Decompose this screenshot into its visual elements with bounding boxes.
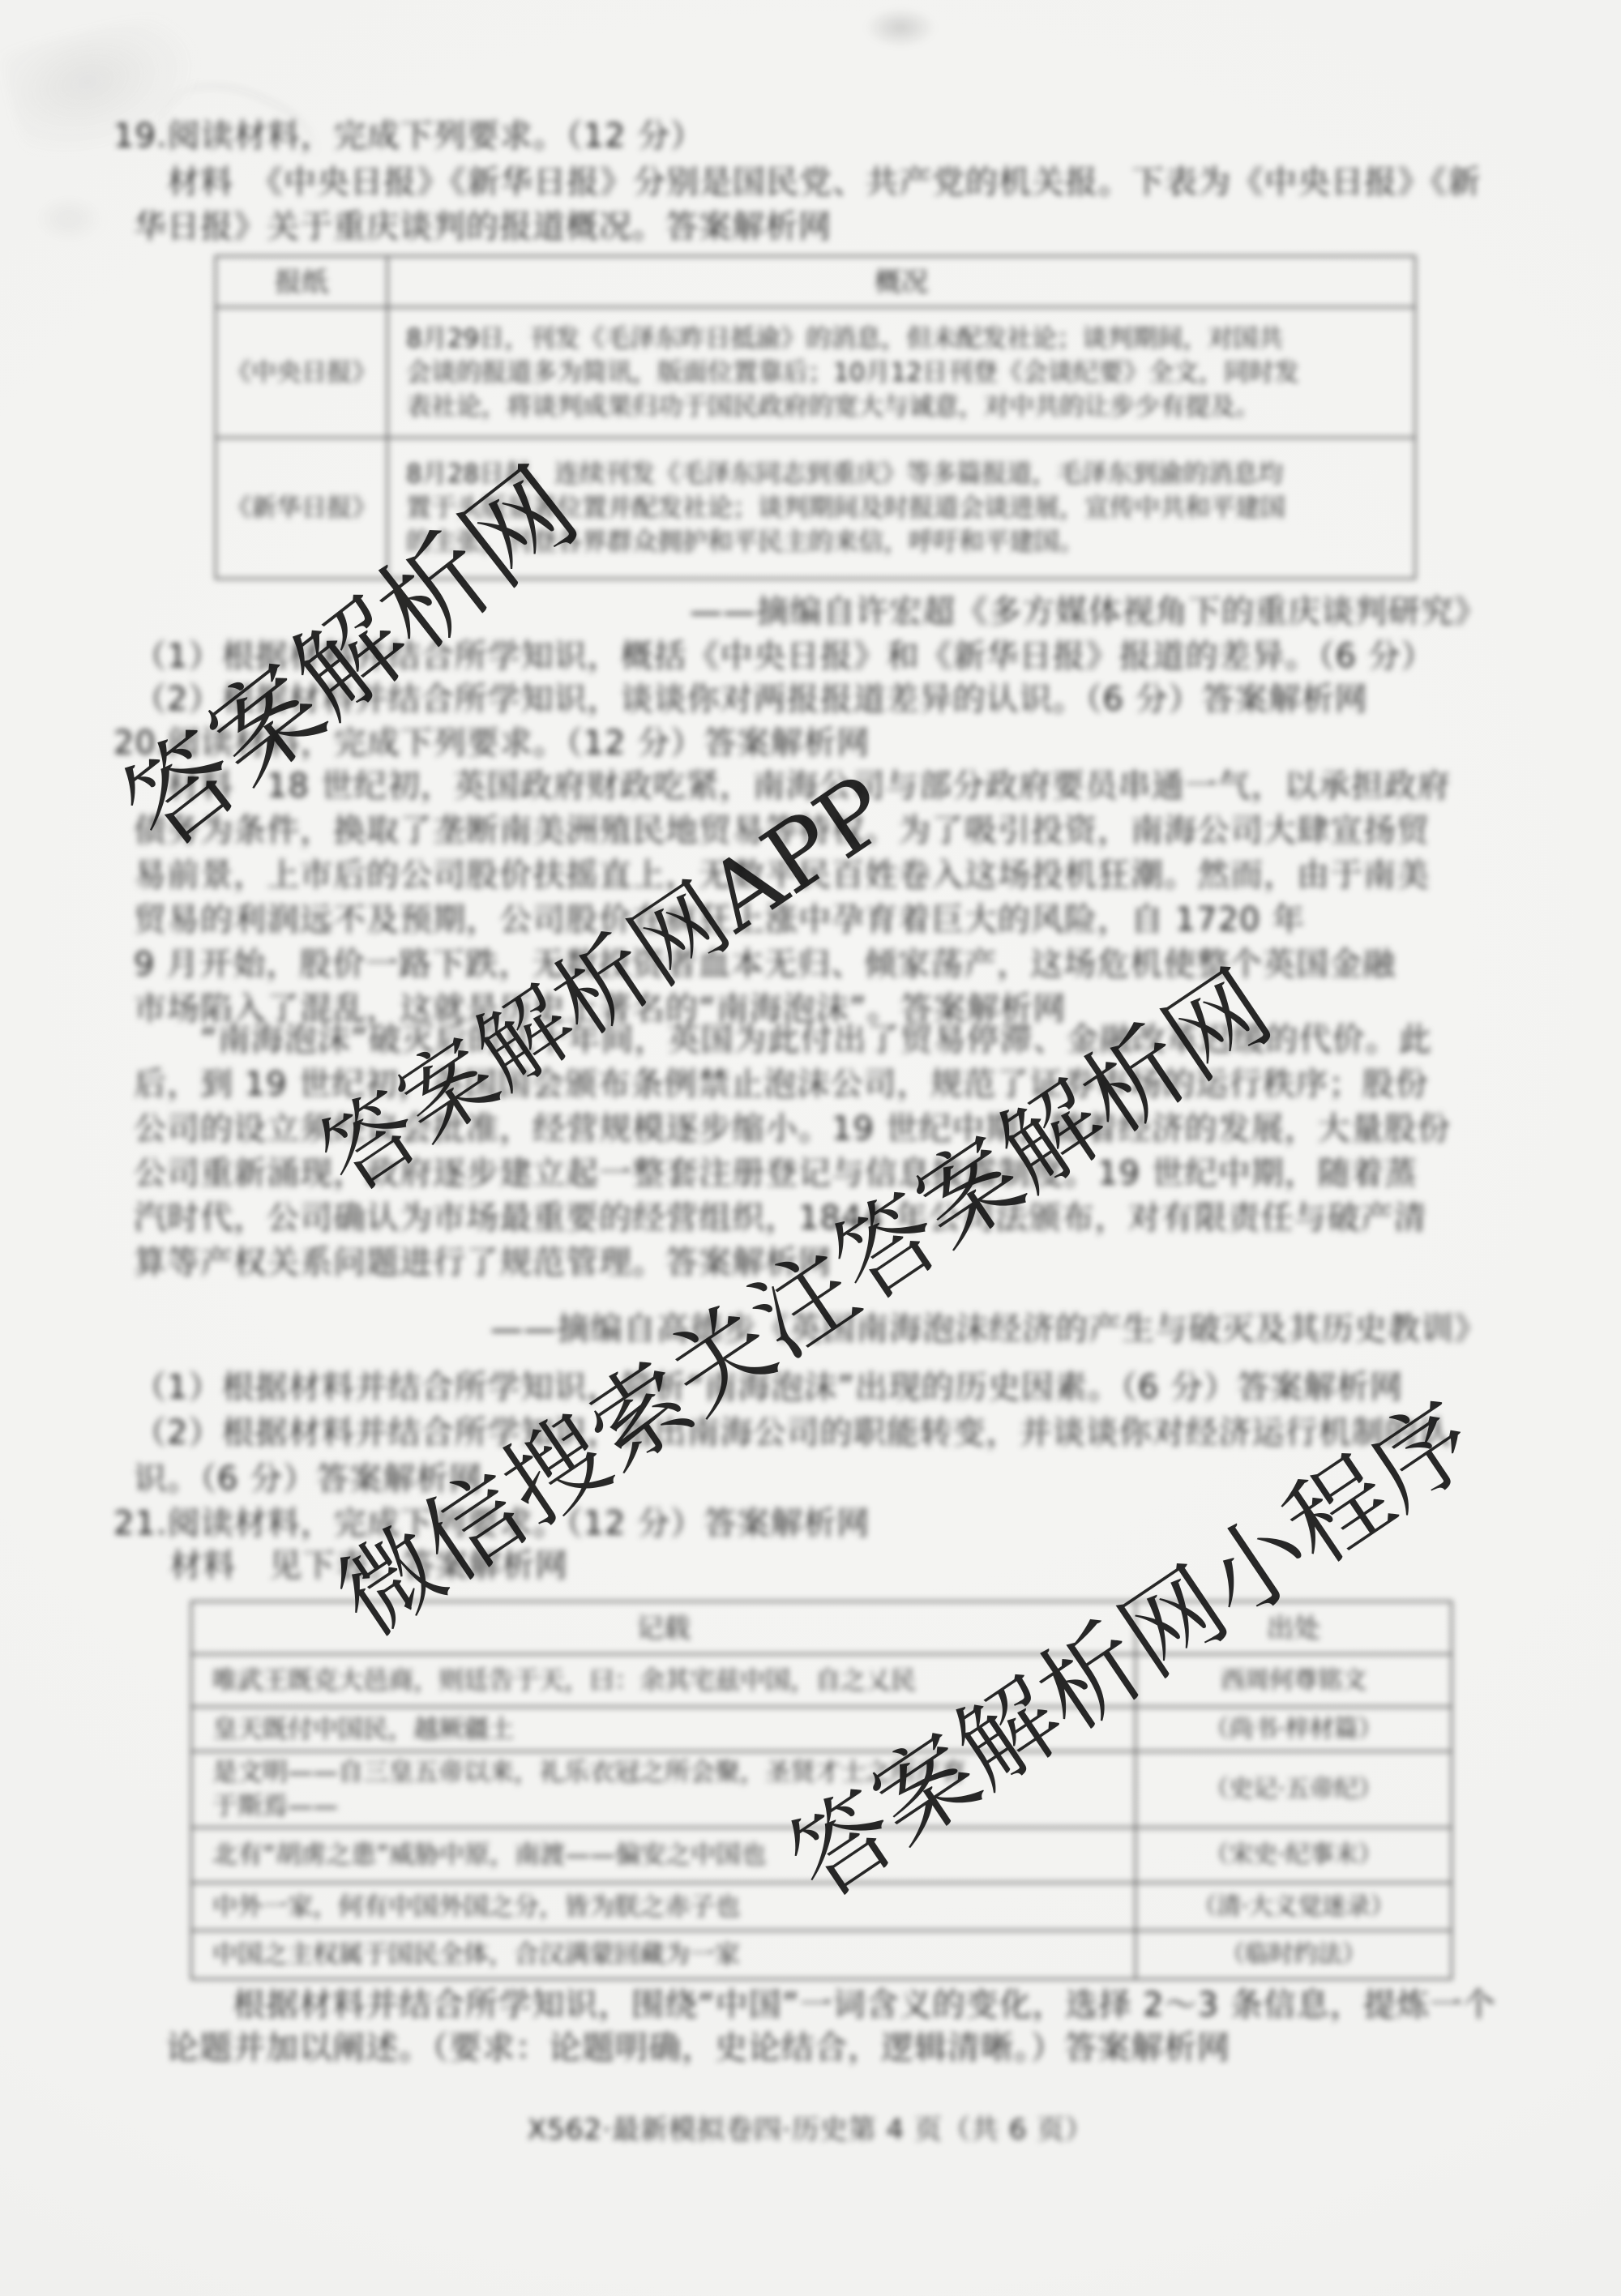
question-20-sub2-line1: （2）根据材料并结合所学知识，指出南海公司的职能转变，并谈谈你对经济运行机制的认 <box>134 1411 1451 1456</box>
table2-row6-info: 中国之主权属于国民全体，合汉满蒙回藏为一家 <box>191 1930 1136 1979</box>
table-row: 唯武王既克大邑商，则廷告于天，曰：余其宅兹中国，自之乂民 西周何尊铭文 <box>191 1654 1452 1707</box>
table2-row4-info: 北有“胡虏之患”威胁中原，南渡——偏安之中国也 <box>191 1828 1136 1883</box>
document-content-layer: 19.阅读材料，完成下列要求。（12 分） 材料 《中央日报》《新华日报》分别是… <box>0 0 1621 2296</box>
table2-row6-source: （临时约法） <box>1136 1930 1452 1979</box>
table2-row5-source: （清·大义觉迷录） <box>1136 1883 1452 1930</box>
table-row: 《中央日报》 8月29日，刊发《毛泽东昨日抵渝》的消息，但未配发社论；谈判期间，… <box>216 307 1415 438</box>
table1-row1-summary: 8月29日，刊发《毛泽东昨日抵渝》的消息，但未配发社论；谈判期间，对国共 会谈的… <box>387 307 1415 438</box>
table1-row1-paper: 《中央日报》 <box>216 307 387 438</box>
page-footer: X562·最新模拟卷四·历史第 4 页（共 6 页） <box>24 2107 1597 2147</box>
question-19-title: 19.阅读材料，完成下列要求。（12 分） <box>113 114 704 159</box>
newspaper-comparison-table: 报纸 概况 《中央日报》 8月29日，刊发《毛泽东昨日抵渝》的消息，但未配发社论… <box>215 255 1416 579</box>
question-19-material: 材料 《中央日报》《新华日报》分别是国民党、共产党的机关报。下表为《中央日报》《… <box>134 160 1481 250</box>
table-row: 中国之主权属于国民全体，合汉满蒙回藏为一家 （临时约法） <box>191 1930 1452 1979</box>
table1-header-summary: 概况 <box>387 256 1415 307</box>
table2-row5-info: 中外一家，何有中国外国之分，皆为朕之赤子也 <box>191 1883 1136 1930</box>
table2-header-info: 记载 <box>191 1601 1136 1654</box>
table2-row2-source: （尚书·梓材篇） <box>1136 1707 1452 1751</box>
table1-header-paper: 报纸 <box>216 256 387 307</box>
table-row: 皇天既付中国民，越厥疆土 （尚书·梓材篇） <box>191 1707 1452 1751</box>
table2-row4-source: （宋史·纪事末） <box>1136 1828 1452 1883</box>
table1-row2-paper: 《新华日报》 <box>216 438 387 579</box>
question-19-source: ——摘编自许宏超《多方媒体视角下的重庆谈判研究》 <box>690 590 1487 635</box>
table-header-row: 报纸 概况 <box>216 256 1415 307</box>
scanned-exam-page: 19.阅读材料，完成下列要求。（12 分） 材料 《中央日报》《新华日报》分别是… <box>0 0 1621 2296</box>
question-21-task: 根据材料并结合所学知识，围绕“中国”一词含义的变化，选择 2～3 条信息，提炼一… <box>166 1984 1496 2070</box>
table2-row3-source: （史记·五帝纪） <box>1136 1751 1452 1828</box>
